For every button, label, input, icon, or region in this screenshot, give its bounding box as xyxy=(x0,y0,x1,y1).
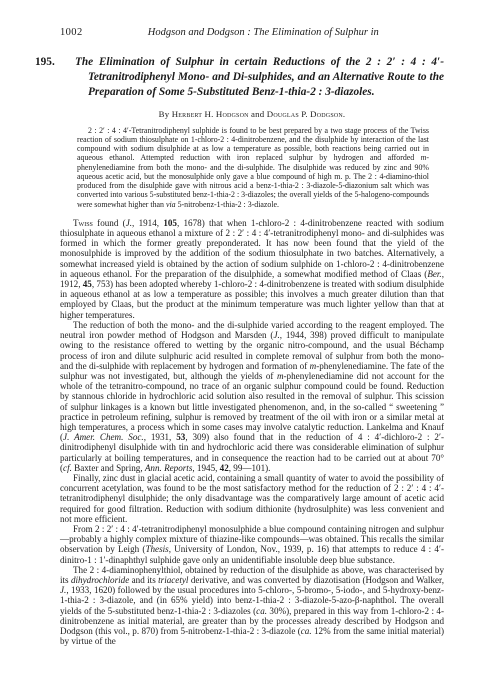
article-title: The Elimination of Sulphur in certain Re… xyxy=(75,56,444,98)
article-number: 195. xyxy=(35,55,55,70)
page-header: 1002 Hodgson and Dodgson : The Eliminati… xyxy=(60,26,444,39)
journal-page: 1002 Hodgson and Dodgson : The Eliminati… xyxy=(0,0,500,679)
running-title: Hodgson and Dodgson : The Elimination of… xyxy=(83,26,444,39)
paragraph-diaminophenylthiol: The 2 : 4-diaminophenylthiol, obtained b… xyxy=(60,565,444,647)
byline: By Herbert H. Hodgson and Douglas P. Dod… xyxy=(60,109,444,120)
paragraph-blue-compound: From 2 : 2′ : 4 : 4′-tetranitrodiphenyl … xyxy=(60,524,444,565)
paragraph-zinc-method: Finally, zinc dust in glacial acetic aci… xyxy=(60,473,444,524)
paragraph-reduction: The reduction of both the mono- and the … xyxy=(60,320,444,473)
page-number: 1002 xyxy=(60,26,83,39)
article-title-block: 195. The Elimination of Sulphur in certa… xyxy=(60,55,444,101)
paragraph-preparation: Twiss found (J., 1914, 105, 1678) that w… xyxy=(60,218,444,320)
abstract: 2 : 2′ : 4 : 4′-Tetranitrodiphenyl sulph… xyxy=(77,126,429,209)
